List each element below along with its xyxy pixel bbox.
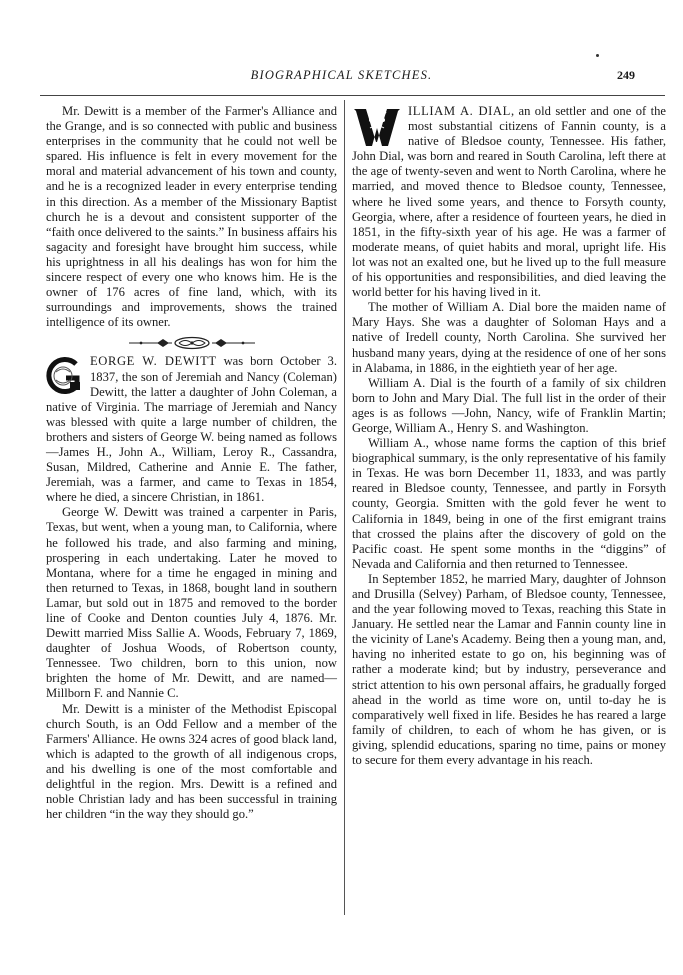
header-rule [40,95,665,96]
ornate-initial-w-icon [352,106,402,148]
ornament-flourish-icon [127,336,257,350]
running-head: BIOGRAPHICAL SKETCHES. 249 [0,68,683,88]
paragraph: In September 1852, he married Mary, daug… [352,572,666,768]
running-title: BIOGRAPHICAL SKETCHES. [0,68,683,83]
drop-cap-w [352,106,402,148]
paragraph: The mother of William A. Dial bore the m… [352,300,666,375]
print-speck [596,54,599,57]
bio-dewitt-first-paragraph: EORGE W. DEWITT was born October 3. 1837… [46,354,337,505]
bio-dewitt-name: EORGE W. DEWITT [90,354,217,368]
paragraph: William A., whose name forms the caption… [352,436,666,572]
book-page: BIOGRAPHICAL SKETCHES. 249 Mr. Dewitt is… [0,0,683,975]
section-ornament [46,336,337,350]
drop-cap-g [46,356,84,396]
bio-dewitt-intro-text: was born October 3. 1837, the son of Jer… [46,354,337,504]
page-number: 249 [617,68,635,83]
paragraph: George W. Dewitt was trained a carpenter… [46,505,337,701]
bio-dial-first-paragraph: ILLIAM A. DIAL, an old settler and one o… [352,104,666,300]
ornate-initial-g-icon [46,356,84,396]
right-column: ILLIAM A. DIAL, an old settler and one o… [352,104,666,768]
bio-dial-name: ILLIAM A. DIAL [408,104,511,118]
left-column: Mr. Dewitt is a member of the Farmer's A… [46,104,337,822]
paragraph: William A. Dial is the fourth of a famil… [352,376,666,436]
column-divider [344,100,345,915]
paragraph: Mr. Dewitt is a member of the Farmer's A… [46,104,337,330]
paragraph: Mr. Dewitt is a minister of the Methodis… [46,702,337,823]
